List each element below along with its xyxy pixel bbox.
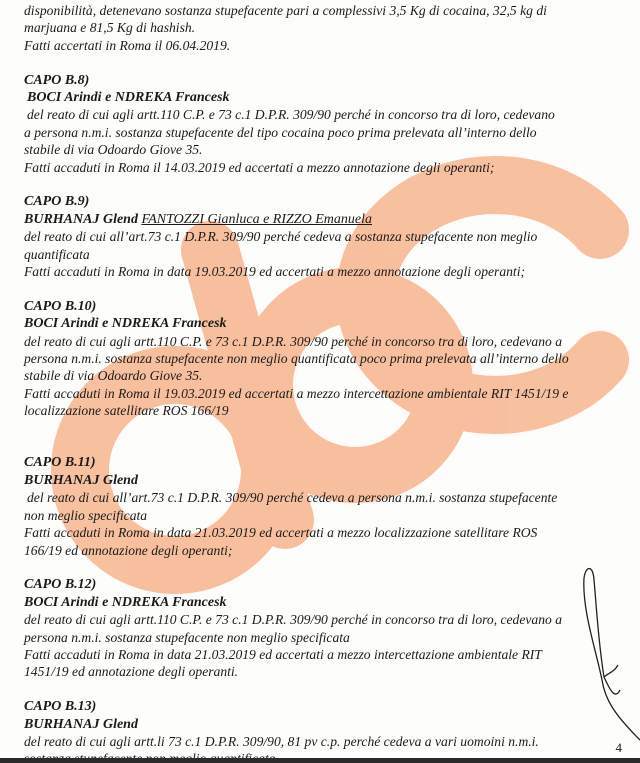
page-number: 4 <box>616 740 623 756</box>
defendant-names: BOCI Arindi e NDREKA Francesk <box>24 594 612 611</box>
intro-line: Fatti accertati in Roma il 06.04.2019. <box>24 37 612 54</box>
capo-heading: CAPO B.13) <box>24 698 612 715</box>
document-page: disponibilità, detenevano sostanza stupe… <box>0 0 640 763</box>
capo-heading: CAPO B.10) <box>24 298 612 315</box>
capo-heading: CAPO B.12) <box>24 576 612 593</box>
charge-line: localizzazione satellitare ROS 166/19 <box>24 402 612 419</box>
defendant-names-underlined: FANTOZZI Gianluca e RIZZO Emanuela <box>141 212 372 227</box>
intro-line: disponibilità, detenevano sostanza stupe… <box>24 2 612 19</box>
section-capo-b11: CAPO B.11) BURHANAJ Glend del reato di c… <box>24 454 612 558</box>
charge-line: Fatti accaduti in Roma il 14.03.2019 ed … <box>24 159 612 176</box>
charge-line: stabile di via Odoardo Giove 35. <box>24 367 612 384</box>
defendant-name: BURHANAJ Glend <box>24 212 138 227</box>
charge-line: a persona n.m.i. sostanza stupefacente d… <box>24 124 612 141</box>
charge-line: Fatti accaduti in Roma il 19.03.2019 ed … <box>24 385 612 402</box>
defendant-names: BURHANAJ Glend <box>24 472 612 489</box>
defendant-names: BURHANAJ Glend <box>24 716 612 733</box>
charge-line: quantificata <box>24 246 612 263</box>
section-capo-b8: CAPO B.8) BOCI Arindi e NDREKA Francesk … <box>24 72 612 176</box>
capo-heading: CAPO B.8) <box>24 72 612 89</box>
charge-line: del reato di cui agli artt.li 73 c.1 D.P… <box>24 733 612 750</box>
charge-line: del reato di cui agli artt.110 C.P. e 73… <box>24 106 612 123</box>
charge-line: persona n.m.i. sostanza stupefacente non… <box>24 350 612 367</box>
charge-line: del reato di cui agli artt.110 C.P. e 73… <box>24 333 612 350</box>
charge-line: stabile di via Odoardo Giove 35. <box>24 141 612 158</box>
charge-line: Fatti accaduti in Roma in data 21.03.201… <box>24 646 612 663</box>
charge-line: del reato di cui all’art.73 c.1 D.P.R. 3… <box>24 489 612 506</box>
charge-line: non meglio specificata <box>24 507 612 524</box>
charge-line: del reato di cui agli artt.110 C.P. e 73… <box>24 611 612 628</box>
capo-heading: CAPO B.9) <box>24 193 612 210</box>
section-capo-b9: CAPO B.9) BURHANAJ Glend FANTOZZI Gianlu… <box>24 193 612 280</box>
scan-bottom-edge <box>0 758 640 763</box>
section-capo-b10: CAPO B.10) BOCI Arindi e NDREKA Francesk… <box>24 298 612 420</box>
section-capo-b12: CAPO B.12) BOCI Arindi e NDREKA Francesk… <box>24 576 612 680</box>
charge-line: persona n.m.i. sostanza stupefacente non… <box>24 629 612 646</box>
charge-line: 166/19 ed annotazione degli operanti; <box>24 542 612 559</box>
defendant-names: BOCI Arindi e NDREKA Francesk <box>24 315 612 332</box>
section-capo-b13: CAPO B.13) BURHANAJ Glend del reato di c… <box>24 698 612 763</box>
charge-line: del reato di cui all’art.73 c.1 D.P.R. 3… <box>24 228 612 245</box>
charge-line: Fatti accaduti in Roma in data 19.03.201… <box>24 263 612 280</box>
document-body: disponibilità, detenevano sostanza stupe… <box>24 2 612 763</box>
charge-line: Fatti accaduti in Roma in data 21.03.201… <box>24 524 612 541</box>
intro-line: marjuana e 81,5 Kg di hashish. <box>24 19 612 36</box>
charge-line: 1451/19 ed annotazione degli operanti. <box>24 663 612 680</box>
defendant-names: BURHANAJ Glend FANTOZZI Gianluca e RIZZO… <box>24 211 612 228</box>
defendant-names: BOCI Arindi e NDREKA Francesk <box>24 89 612 106</box>
capo-heading: CAPO B.11) <box>24 454 612 471</box>
